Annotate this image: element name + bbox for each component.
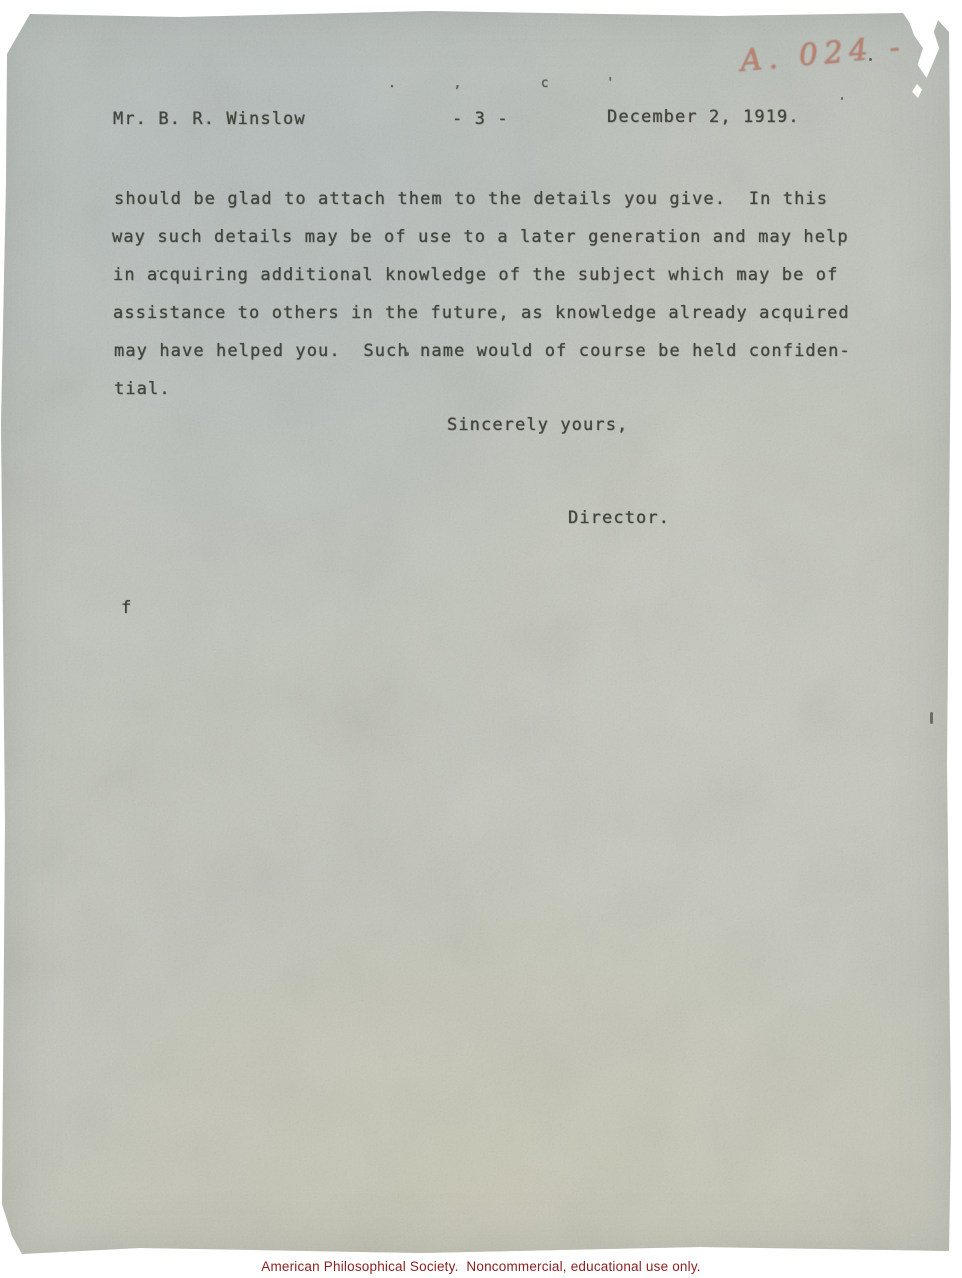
ink-speck [930, 712, 933, 724]
stray-ink-marks: . , c ' [388, 76, 628, 91]
scanned-letter-page: A. 024 - . , c ' Mr. B. R. Winslow - 3 -… [0, 0, 962, 1278]
ink-speck [406, 352, 409, 356]
ink-speck [157, 270, 159, 272]
header-date: December 2, 1919. [607, 107, 800, 127]
ink-speck [869, 58, 872, 61]
header-page-number: - 3 - [452, 109, 509, 129]
typist-initial: f [121, 598, 132, 618]
footer-caption-strip: American Philosophical Society. Noncomme… [0, 1254, 962, 1278]
header-recipient: Mr. B. R. Winslow [113, 109, 306, 129]
body-text-line: assistance to others in the future, as k… [113, 303, 850, 323]
usage-caption: American Philosophical Society. Noncomme… [261, 1259, 701, 1274]
body-text-line: tial. [114, 379, 171, 399]
ink-speck [841, 97, 843, 100]
body-text-line: way such details may be of use to a late… [112, 227, 849, 247]
body-text-line: in acquiring additional knowledge of the… [113, 265, 838, 285]
body-text-line: may have helped you. Such name would of … [114, 341, 851, 361]
body-text-line: should be glad to attach them to the det… [114, 189, 828, 209]
signature-title: Director. [568, 508, 670, 528]
closing-salutation: Sincerely yours, [447, 415, 628, 435]
